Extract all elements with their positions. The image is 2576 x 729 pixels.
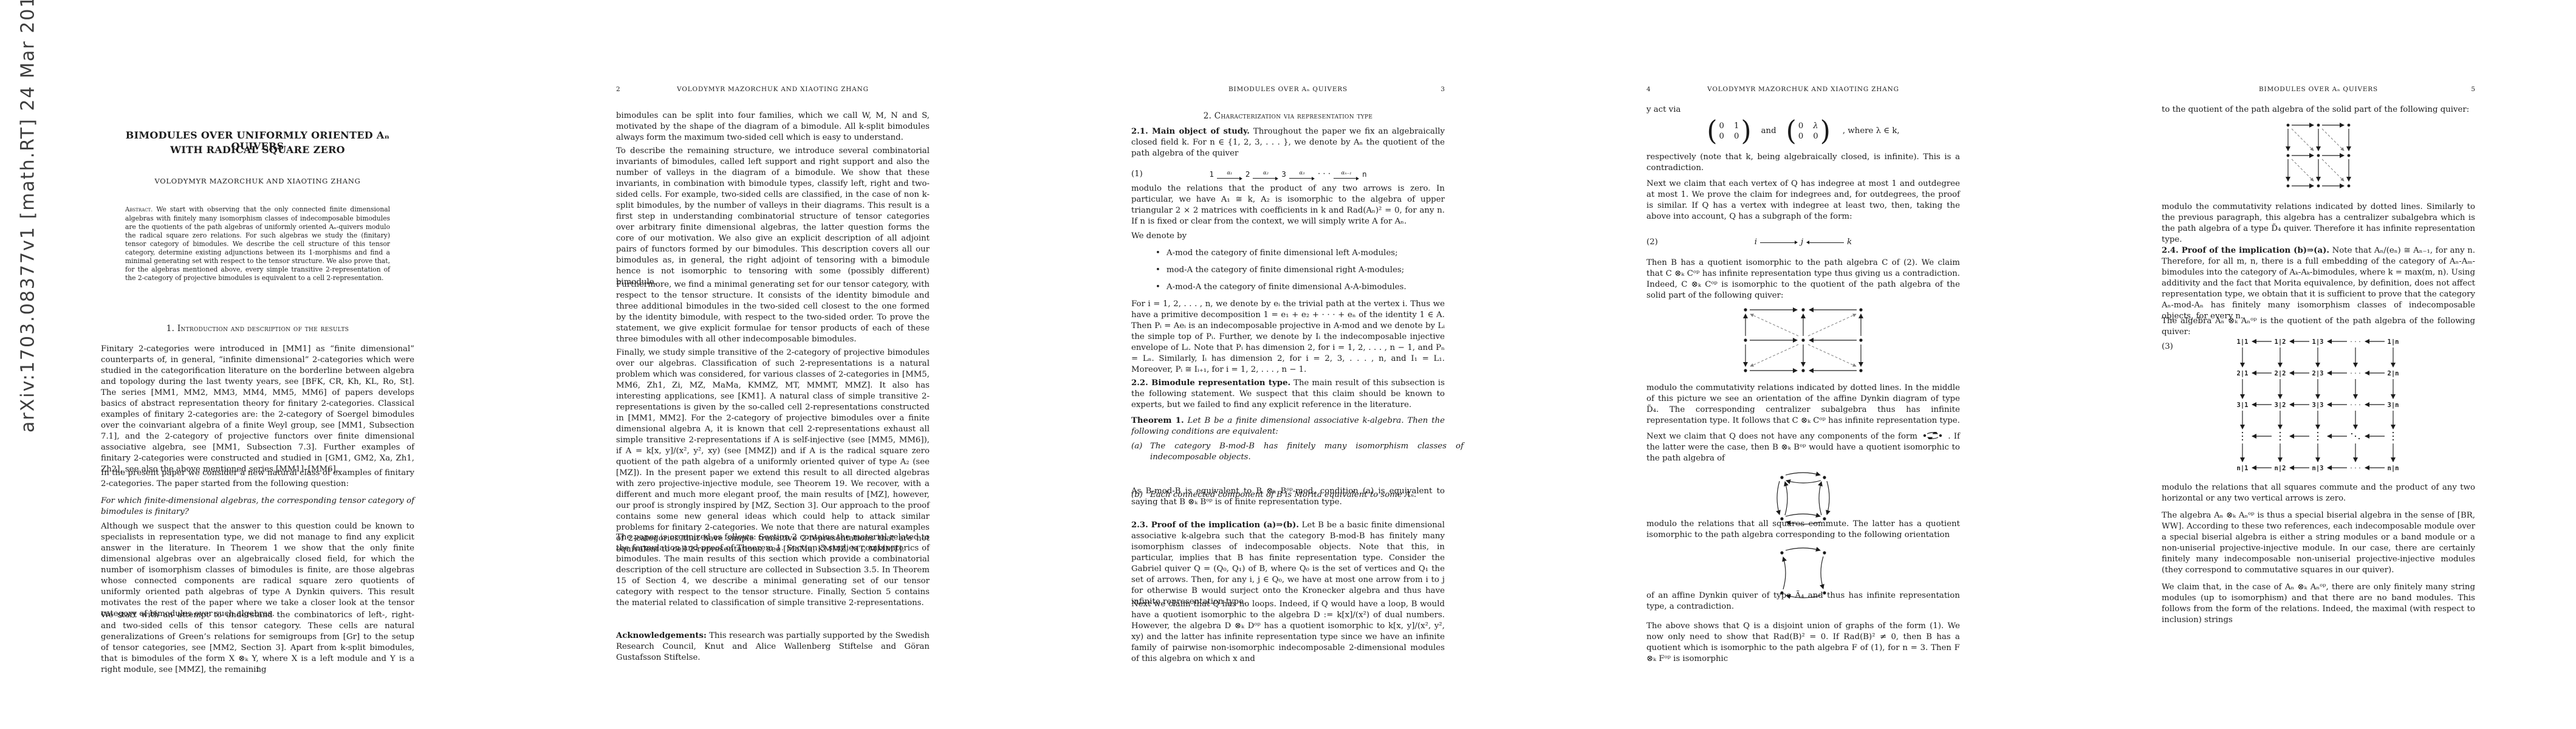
item-a-text: The category B-mod-B has finitely many i… — [1150, 442, 1464, 462]
grid-quiver-3x3-icon — [1739, 306, 1867, 374]
bullet-list: A-mod the category of finite dimensional… — [1131, 248, 1445, 299]
quiver-arrow — [1806, 241, 1844, 245]
paragraph: respectively (note that k, being algebra… — [1646, 152, 1960, 174]
matrix-cell: 0 — [1813, 131, 1818, 142]
section-2-heading: 2. Characterization via representation t… — [1131, 111, 1445, 122]
vertex-label: n|3 — [2312, 465, 2324, 472]
paper-multipage-view: { "watermark": "arXiv:1703.08377v1 [math… — [0, 0, 2576, 729]
page-3: BIMODULES OVER Aₙ QUIVERS 3 2. Character… — [1030, 0, 1546, 729]
page-5: BIMODULES OVER Aₙ QUIVERS 5 to the quoti… — [2061, 0, 2576, 729]
vertex-label: 3|3 — [2312, 402, 2324, 409]
right-arrow-icon — [1289, 176, 1315, 180]
paragraph: y act via — [1646, 104, 1960, 115]
right-arrow-icon — [1217, 176, 1242, 180]
acknowledgements-label: Acknowledgements: — [616, 631, 707, 640]
paragraph-text: Next we claim that Q does not have any c… — [1646, 432, 1917, 441]
quiver-arrow: αₙ₋₁ — [1334, 171, 1359, 180]
paragraph: of an affine Dynkin quiver of type Ã₄ an… — [1646, 590, 1960, 612]
ellipsis: · · · — [2350, 401, 2360, 409]
quiver-arrow: α₃ — [1289, 171, 1315, 180]
vertex-label: 2|2 — [2275, 370, 2286, 377]
paragraph: modulo the relations that all squares co… — [2162, 482, 2475, 504]
page-number: 4 — [1646, 86, 1651, 93]
page-2: 2 VOLODYMYR MAZORCHUK AND XIAOTING ZHANG… — [515, 0, 1030, 729]
paragraph: Furthermore, we find a minimal generatin… — [616, 279, 930, 345]
paragraph-intro-1: Finitary 2-categories were introduced in… — [101, 344, 414, 475]
quiver-node: 1 — [1209, 169, 1214, 180]
vertex-label: n|n — [2388, 465, 2399, 472]
matrix-cell: 0 — [1798, 121, 1803, 131]
paragraph: to the quotient of the path algebra of t… — [2162, 104, 2475, 115]
quiver-arrow: α₂ — [1253, 171, 1278, 180]
vertex-label: n|2 — [2275, 465, 2286, 472]
paragraph: modulo the relations that all squares co… — [1646, 519, 1960, 541]
paragraph: Then B has a quotient isomorphic to the … — [1646, 258, 1960, 301]
grid-quiver-3x3-icon — [2285, 122, 2352, 190]
quiver-node: j — [1801, 237, 1803, 248]
arrow-label: α₃ — [1299, 171, 1304, 176]
left-paren: ( — [1786, 118, 1797, 145]
paragraph: modulo the relations that the product of… — [1131, 183, 1445, 227]
running-head-text: BIMODULES OVER Aₙ QUIVERS — [2259, 86, 2378, 93]
ellipsis: · · · — [2350, 464, 2360, 472]
list-item: A-mod the category of finite dimensional… — [1131, 248, 1445, 259]
tensor-quiver-diagram — [1646, 306, 1960, 374]
list-item: A-mod-A the category of finite dimension… — [1131, 282, 1445, 293]
paragraph: modulo the commutativity relations indic… — [2162, 202, 2475, 245]
running-head-text: VOLODYMYR MAZORCHUK AND XIAOTING ZHANG — [677, 86, 869, 93]
matrix-cell: 1 — [1734, 121, 1739, 131]
arrow-label: α₂ — [1263, 171, 1269, 176]
vertex-label: 2|1 — [2237, 370, 2249, 377]
subsection-2-4: 2.4. Proof of the implication (b)⇒(a). N… — [2162, 245, 2475, 322]
paragraph: Next we claim that each vertex of Q has … — [1646, 179, 1960, 222]
paper-title-line-2: WITH RADICAL SQUARE ZERO — [101, 145, 414, 156]
matrix-cell: λ — [1813, 121, 1818, 131]
matrix-display: ( 01 00 ) and ( 0λ 00 ) , where λ ∈ k, — [1646, 118, 1960, 145]
paragraph: Next we claim that Q has no loops. Indee… — [1131, 599, 1445, 665]
right-arrow-icon — [1760, 241, 1798, 245]
subsection-2-4-text: Note that Aₙ/(eₙ) ≅ Aₙ₋₁, for any n. The… — [2162, 246, 2475, 321]
equation-2: (2) i j k — [1646, 236, 1960, 249]
running-head: 4 VOLODYMYR MAZORCHUK AND XIAOTING ZHANG — [1646, 86, 1960, 93]
question-italic: For which finite-dimensional algebras, t… — [101, 496, 414, 518]
subsection-2-4-label: 2.4. Proof of the implication (b)⇒(a). — [2162, 246, 2329, 255]
vertex-label: 2|n — [2388, 370, 2399, 377]
vertex-label: 3|2 — [2275, 402, 2286, 409]
theorem-label: Theorem 1. — [1131, 416, 1184, 425]
equation-1-tag: (1) — [1131, 169, 1143, 180]
paragraph: We claim that, in the case of Aₙ ⊗ₖ Aₙᵒᵖ… — [2162, 582, 2475, 626]
vertex-label: 1|1 — [2237, 338, 2249, 346]
vertex-label: 1|n — [2388, 338, 2399, 346]
paragraph: The algebra Aₙ ⊗ₖ Aₙᵒᵖ is thus a special… — [2162, 510, 2475, 576]
paragraph: modul­o the commutativity relations indi… — [1646, 383, 1960, 426]
quiver-node: n — [1362, 169, 1367, 180]
paragraph: As B-mod-B is equivalent to B ⊗ₖ Bᵒᵖ-mod… — [1131, 486, 1445, 508]
page-1: arXiv:1703.08377v1 [math.RT] 24 Mar 2017… — [0, 0, 515, 729]
right-paren: ) — [1820, 118, 1831, 145]
paragraph: The paper is organized as follows: Secti… — [616, 532, 930, 609]
page-number: 1 — [101, 663, 414, 674]
where-label: , where λ ∈ k, — [1843, 126, 1900, 137]
quiver-node: 3 — [1281, 169, 1286, 180]
tensor-quiver-diagram — [2162, 122, 2475, 190]
section-1-heading: 1. Introduction and description of the r… — [101, 323, 414, 334]
list-item: mod-A the category of finite dimensional… — [1131, 265, 1445, 276]
theorem-item-a: (a) The category B-mod-B has finitely ma… — [1131, 441, 1464, 463]
paragraph-intro-3: Although we suspect that the answer to t… — [101, 521, 414, 620]
paragraph: We denote by — [1131, 231, 1445, 242]
right-arrow-icon — [1253, 176, 1278, 180]
arrow-label: α₁ — [1227, 171, 1232, 176]
vertex-label: 3|n — [2388, 402, 2399, 409]
running-head-text: VOLODYMYR MAZORCHUK AND XIAOTING ZHANG — [1707, 86, 1899, 93]
equation-2-tag: (2) — [1646, 237, 1658, 248]
theorem-1: Theorem 1. Let B be a finite dimensional… — [1131, 416, 1445, 437]
and-label: and — [1761, 126, 1776, 137]
page-number: 5 — [2471, 86, 2475, 93]
acknowledgements: Acknowledgements: This research was part… — [616, 631, 930, 663]
paragraph: bimodules can be split into four familie… — [616, 111, 930, 143]
page-4: 4 VOLODYMYR MAZORCHUK AND XIAOTING ZHANG… — [1546, 0, 2061, 729]
ellipsis: · · · — [2350, 369, 2360, 377]
subsection-2-3: 2.3. Proof of the implication (a)⇒(b). L… — [1131, 520, 1445, 607]
paragraph: To describe the remaining structure, we … — [616, 146, 930, 288]
running-head: BIMODULES OVER Aₙ QUIVERS 3 — [1131, 86, 1445, 93]
abstract-label: Abstract. — [125, 207, 152, 213]
vertex-label: 3|1 — [2237, 402, 2249, 409]
matrix-2: 0λ 00 — [1798, 121, 1818, 142]
subsection-2-3-text: Let B be a basic finite dimensional asso… — [1131, 521, 1445, 606]
paragraph: For i = 1, 2, . . . , n, we denote by eᵢ… — [1131, 299, 1445, 375]
equation-3-tag: (3) — [2162, 341, 2173, 352]
left-arrow-icon — [1806, 241, 1844, 245]
right-arrow-icon — [1334, 176, 1359, 180]
authors: VOLODYMYR MAZORCHUK AND XIAOTING ZHANG — [101, 176, 414, 187]
vertex-label: n|1 — [2237, 465, 2249, 472]
paragraph-with-inline-quiver: Next we claim that Q does not have any c… — [1646, 431, 1960, 464]
matrix-cell: 0 — [1798, 131, 1803, 142]
paragraph: Finally, we study simple transitive of t… — [616, 347, 930, 555]
matrix-cell: 0 — [1719, 131, 1724, 142]
running-head-text: BIMODULES OVER Aₙ QUIVERS — [1228, 86, 1348, 93]
item-a-label: (a) — [1131, 441, 1142, 452]
subsection-2-2-label: 2.2. Bimodule representation type. — [1131, 378, 1290, 388]
page-number: 3 — [1440, 86, 1445, 93]
quiver-node: k — [1847, 237, 1852, 248]
quiver-arrow — [1760, 241, 1798, 245]
abstract: Abstract. We start with observing that t… — [125, 205, 390, 282]
page-number: 2 — [616, 86, 620, 93]
equation-3: (3) 1|1 1|2 1|3 · · · 1|n 2|1 2|2 2|3 · … — [2162, 333, 2475, 475]
paragraph: The above shows that Q is a disjoint uni… — [1646, 621, 1960, 665]
subsection-2-2: 2.2. Bimodule representation type. The m… — [1131, 378, 1445, 411]
abstract-text: We start with observing that the only co… — [125, 205, 390, 282]
quiver-arrow: α₁ — [1217, 171, 1242, 180]
vertex-label: 1|3 — [2312, 338, 2324, 346]
vertex-label: 2|3 — [2312, 370, 2324, 377]
nxn-grid-quiver: 1|1 1|2 1|3 · · · 1|n 2|1 2|2 2|3 · · · … — [2224, 333, 2413, 475]
arrow-label: αₙ₋₁ — [1341, 171, 1352, 176]
left-paren: ( — [1707, 118, 1717, 145]
running-head: BIMODULES OVER Aₙ QUIVERS 5 — [2162, 86, 2475, 93]
two-cycle-quiver-icon — [1922, 432, 1943, 439]
matrix-1: 01 00 — [1719, 121, 1739, 142]
running-head: 2 VOLODYMYR MAZORCHUK AND XIAOTING ZHANG — [616, 86, 930, 93]
equation-1: (1) 1 α₁ 2 α₂ 3 α₃ · · · αₙ₋₁ n — [1131, 165, 1445, 183]
ellipsis: · · · — [1318, 169, 1331, 180]
subsection-2-1: 2.1. Main object of study. Throughout th… — [1131, 126, 1445, 159]
subsection-2-1-label: 2.1. Main object of study. — [1131, 127, 1250, 136]
quiver-node: 2 — [1245, 169, 1250, 180]
vertex-label: 1|2 — [2275, 338, 2286, 346]
right-paren: ) — [1741, 118, 1751, 145]
subsection-2-3-label: 2.3. Proof of the implication (a)⇒(b). — [1131, 521, 1299, 530]
matrix-cell: 0 — [1719, 121, 1724, 131]
ellipsis: · · · — [2350, 338, 2360, 346]
paragraph-intro-2: In the present paper we consider a new n… — [101, 468, 414, 490]
quiver-node: i — [1755, 237, 1757, 248]
matrix-cell: 0 — [1734, 131, 1739, 142]
